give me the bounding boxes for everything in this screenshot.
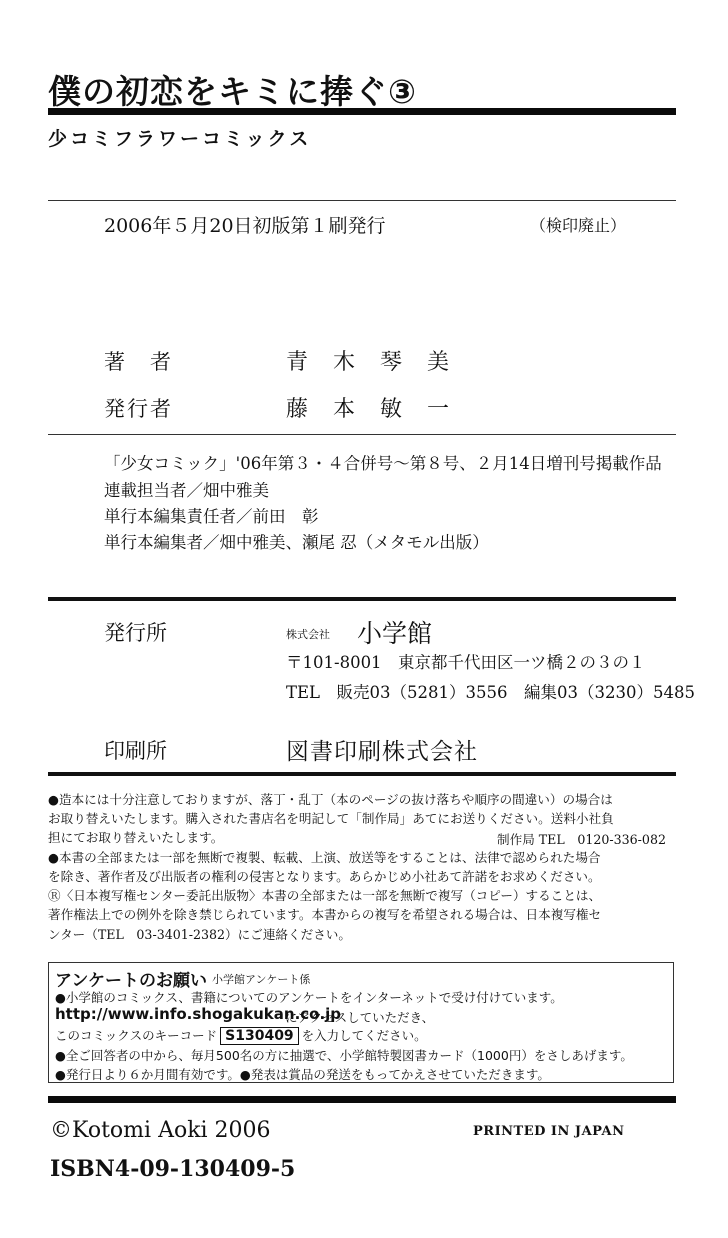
publisher-tel: TEL 販売03（5281）3556 編集03（3230）5485: [286, 679, 695, 703]
publisher-person-name: 藤本敏一: [286, 392, 474, 423]
notice-line: 担にてお取り替えいたします。: [48, 828, 223, 847]
notice-line: ●造本には十分注意しておりますが、落丁・乱丁（本のページの抜け落ちや順序の間違い…: [48, 790, 613, 809]
notice-line: を除き、著作者及び出版者の権利の侵害となります。あらかじめ小社あて許諾をお求めく…: [48, 867, 601, 886]
notice-line: ●本書の全部または一部を無断で複製、転載、上演、放送等をすることは、法律で認めら…: [48, 848, 601, 867]
isbn: ISBN4-09-130409-5: [50, 1156, 295, 1182]
printer-name: 図書印刷株式会社: [286, 733, 478, 766]
title-divider: [48, 108, 676, 115]
survey-url-suffix: にアクセスしていただき、: [285, 1008, 434, 1026]
series-name: 少コミフラワーコミックス: [48, 124, 311, 151]
volume-editors: 単行本編集者／畑中雅美、瀬尾 忍（メタモル出版）: [104, 529, 489, 553]
notice-line: ンター（TEL 03-3401-2382）にご連絡ください。: [48, 925, 351, 944]
credits-divider: [48, 434, 676, 435]
footer-divider: [48, 1096, 676, 1103]
author-name: 青木琴美: [286, 345, 474, 376]
survey-key-prefix: このコミックスのキーコード: [55, 1028, 217, 1043]
publication-date: 2006年５月20日初版第１刷発行: [104, 211, 386, 238]
book-title: 僕の初恋をキミに捧ぐ③: [48, 66, 417, 113]
notice-line: Ⓡ〈日本複写権センター委託出版物〉本書の全部または一部を無断で複写（コピー）する…: [48, 886, 601, 905]
publisher-label: 発行所: [104, 617, 167, 647]
survey-department: 小学館アンケート係: [212, 971, 310, 987]
publisher-name: 小学館: [357, 614, 432, 650]
survey-line: ●小学館のコミックス、書籍についてのアンケートをインターネットで受け付けています…: [55, 988, 563, 1006]
printer-label: 印刷所: [104, 735, 167, 765]
notice-line: 著作権法上での例外を除き禁じられています。本書からの複写を希望される場合は、日本…: [48, 905, 601, 924]
publisher-corp-prefix: 株式会社: [286, 626, 330, 642]
survey-key-line: このコミックスのキーコードS130409を入力してください。: [55, 1026, 427, 1045]
volume-chief-editor: 単行本編集責任者／前田 彰: [104, 503, 319, 527]
edition-divider: [48, 200, 676, 201]
publisher-divider: [48, 597, 676, 601]
seal-note: （検印廃止）: [530, 213, 626, 236]
notices-divider: [48, 772, 676, 776]
serialization-editor: 連載担当者／畑中雅美: [104, 477, 269, 501]
author-label: 著 者: [104, 346, 173, 376]
publisher-person-label: 発行者: [104, 393, 173, 423]
printed-in-japan: PRINTED IN JAPAN: [473, 1124, 624, 1139]
survey-line: ●発行日より６か月間有効です。●発表は賞品の発送をもってかえさせていただきます。: [55, 1065, 550, 1083]
survey-key-code: S130409: [220, 1027, 299, 1045]
copyright: ©Kotomi Aoki 2006: [50, 1118, 271, 1143]
serialization-source: 「少女コミック」'06年第３・４合併号～第８号、２月14日増刊号掲載作品: [104, 450, 662, 474]
production-tel: 制作局 TEL 0120-336-082: [497, 829, 666, 848]
publisher-address: 〒101-8001 東京都千代田区一ツ橋２の３の１: [286, 649, 646, 673]
survey-key-suffix: を入力してください。: [302, 1028, 427, 1043]
notice-line: お取り替えいたします。購入された書店名を明記して「制作局」あてにお送りください。…: [48, 809, 614, 828]
survey-line: ●全ご回答者の中から、毎月500名の方に抽選で、小学館特製図書カード（1000円…: [55, 1046, 633, 1064]
